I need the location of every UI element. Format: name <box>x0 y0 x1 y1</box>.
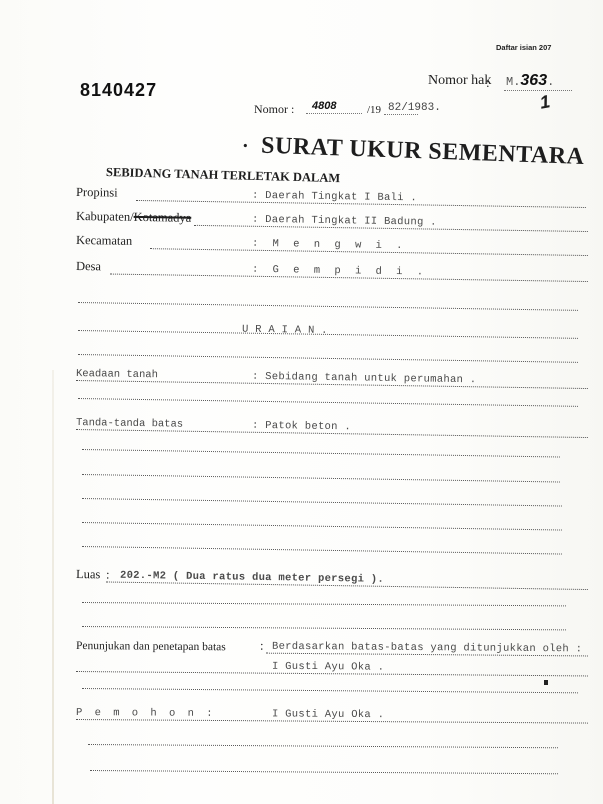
struck-label-text: Kotamadya <box>134 210 192 225</box>
field-desa: Desa : G e m p i d i . <box>76 258 588 284</box>
nomor-hak-value: M.363. <box>506 72 554 90</box>
nomor-dotted-line <box>306 113 362 114</box>
nomor-hak-colon: : <box>486 75 490 91</box>
dotted-line <box>82 449 560 458</box>
dotted-line <box>82 498 562 507</box>
nomor-hak-prefix: M. <box>506 75 520 89</box>
dotted-line <box>90 770 558 774</box>
field-label: Propinsi <box>76 185 118 201</box>
luas-value: 202.-M2 ( Dua ratus dua meter persegi ). <box>120 570 384 586</box>
nomor-label: Nomor : <box>254 102 294 117</box>
field-penunjukan: Penunjukan dan penetapan batas : Berdasa… <box>76 636 588 658</box>
penunjukan-label: Penunjukan dan penetapan batas <box>76 640 226 653</box>
dotted-line <box>88 744 558 748</box>
nomor-hak-suffix: . <box>547 75 554 89</box>
field-label: Desa <box>76 259 101 274</box>
field-penunjukan-cont: I Gusti Ayu Oka . <box>76 656 588 678</box>
nomor-hak-number: 363 <box>520 72 547 89</box>
penunjukan-colon: : <box>260 639 264 654</box>
field-kabupaten: Kabupaten/Kotamadya : Daerah Tingkat II … <box>76 208 588 234</box>
field-value: : Daerah Tingkat I Bali . <box>252 190 417 205</box>
document-page: Daftar isian 207 Nomor hak : M.363. 1 81… <box>0 0 603 804</box>
title-text: SURAT UKUR SEMENTARA <box>261 133 585 170</box>
pemohon-label: P e m o h o n : <box>76 707 216 720</box>
nomor-hak-label: Nomor hak <box>428 73 491 89</box>
document-subtitle: SEBIDANG TANAH TERLETAK DALAM <box>106 165 340 186</box>
page-edge-shadow <box>52 370 54 804</box>
title-bullet: · <box>242 135 250 157</box>
dotted-line <box>82 602 566 606</box>
field-pemohon: P e m o h o n : I Gusti Ayu Oka . <box>76 704 588 726</box>
field-tanda-batas: Tanda-tanda batas : Patok beton . <box>76 414 588 440</box>
dotted-line <box>78 398 578 407</box>
dotted-line <box>82 626 566 630</box>
field-value: : Patok beton . <box>252 420 351 434</box>
field-kecamatan: Kecamatan : M e n g w i . <box>76 232 588 258</box>
dotted-line <box>82 688 578 693</box>
label-text: Kabupaten/ <box>76 209 134 224</box>
nomor-year-dotted-line <box>384 114 418 115</box>
field-label: Kecamatan <box>76 233 132 249</box>
pemohon-value: I Gusti Ayu Oka . <box>272 708 384 721</box>
field-value: : M e n g w i . <box>252 238 407 252</box>
form-number: Daftar isian 207 <box>496 43 551 52</box>
document-title: ·SURAT UKUR SEMENTARA <box>242 132 585 171</box>
nomor-separator: /19 <box>367 104 381 116</box>
luas-label: Luas <box>76 567 101 582</box>
nomor-value: 4808 <box>312 100 336 112</box>
field-label: Kabupaten/Kotamadya <box>76 209 191 226</box>
ink-mark <box>544 680 548 685</box>
dotted-line <box>82 546 562 555</box>
field-luas: Luas : 202.-M2 ( Dua ratus dua meter per… <box>76 566 588 592</box>
dotted-line <box>78 302 578 311</box>
nomor-hak-dotted-line <box>504 90 572 91</box>
field-propinsi: Propinsi : Daerah Tingkat I Bali . <box>76 184 586 210</box>
dotted-line <box>82 474 560 483</box>
nomor-year: 82/1983. <box>388 102 441 114</box>
luas-colon: : <box>106 567 110 582</box>
field-keadaan-tanah: Keadaan tanah : Sebidang tanah untuk per… <box>76 365 588 391</box>
dotted-line <box>82 522 562 531</box>
nomor-hak-handwritten-annotation: 1 <box>538 91 552 113</box>
document-id: 8140427 <box>80 80 157 101</box>
dotted-line <box>78 354 578 363</box>
penunjukan-value-line2: I Gusti Ayu Oka . <box>272 661 384 674</box>
uraian-heading: U R A I A N . <box>242 324 328 337</box>
